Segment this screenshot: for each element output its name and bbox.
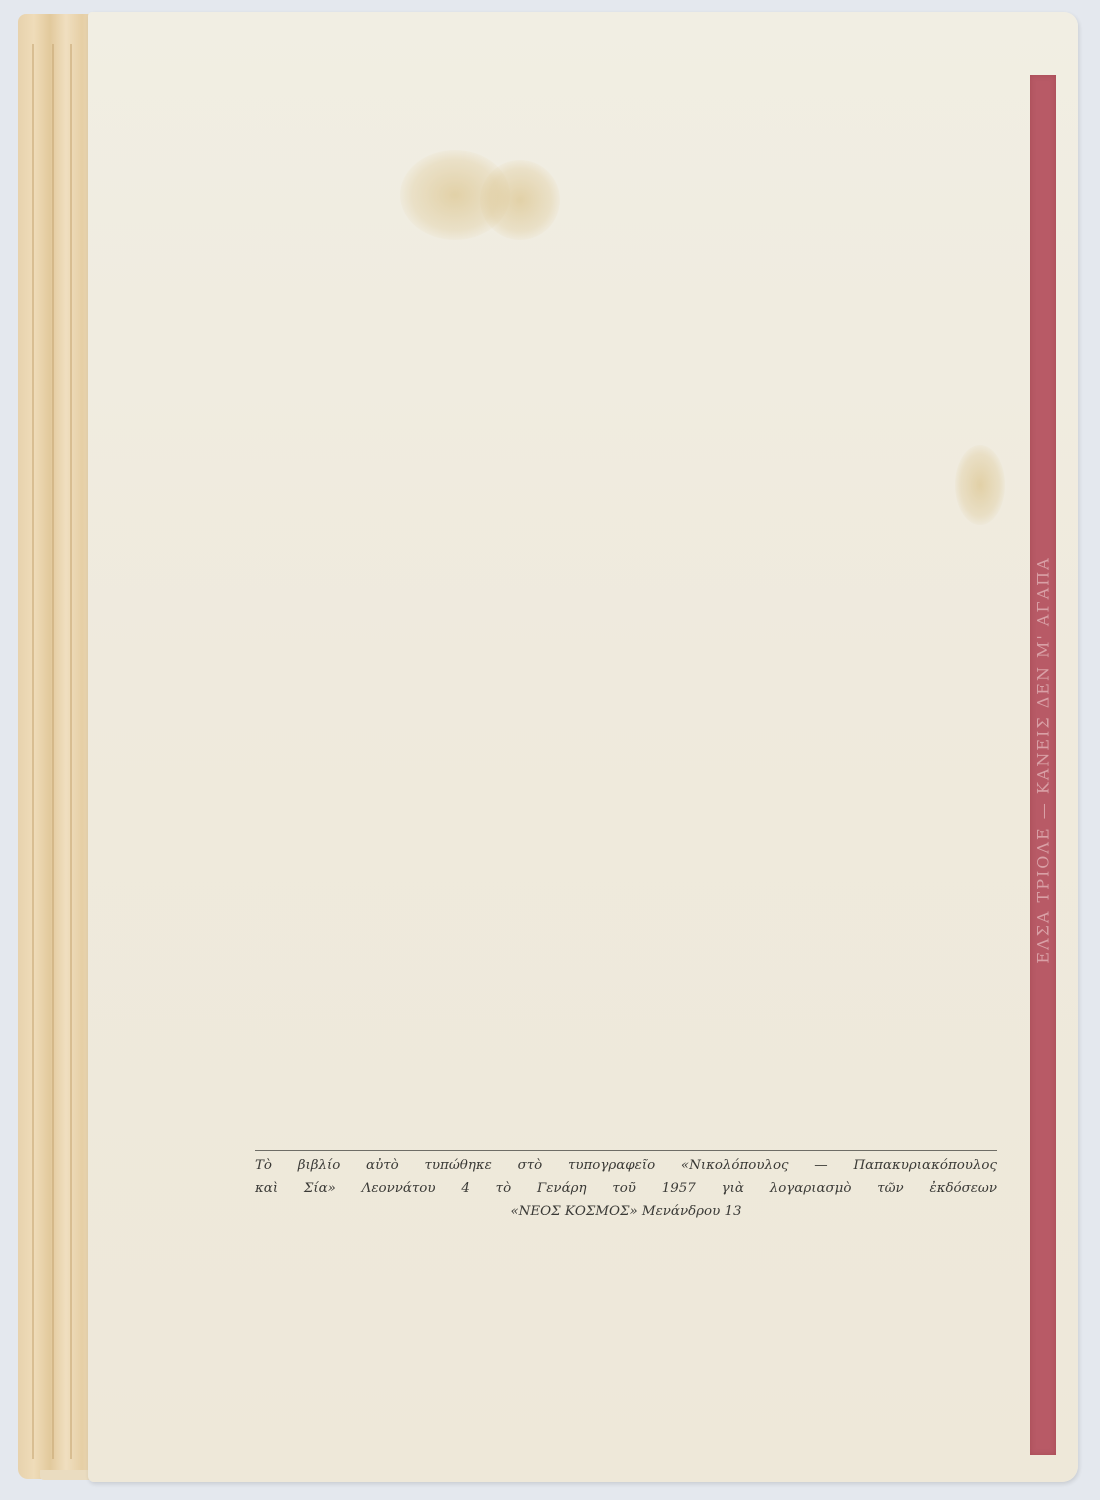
colophon-rule xyxy=(255,1150,997,1151)
colophon-line-1: Τὸ βιβλίο αὐτὸ τυπώθηκε στὸ τυπογραφεῖο … xyxy=(255,1154,997,1177)
foxing-stain xyxy=(955,445,1005,525)
foxing-stain xyxy=(480,160,560,240)
page-edges-stack xyxy=(18,14,98,1479)
page-edge xyxy=(32,44,34,1459)
colophon-line-3: «ΝΕΟΣ ΚΟΣΜΟΣ» Μενάνδρου 13 xyxy=(255,1200,997,1223)
page-edge xyxy=(52,44,54,1459)
spine-title: ΕΛΣΑ ΤΡΙΟΛΕ — ΚΑΝΕΙΣ ΔΕΝ Μ' ΑΓΑΠΑ xyxy=(1034,556,1053,963)
page-edge xyxy=(70,44,72,1459)
back-cover xyxy=(88,12,1078,1482)
colophon-line-2: καὶ Σία» Λεοννάτου 4 τὸ Γενάρη τοῦ 1957 … xyxy=(255,1177,997,1200)
colophon: Τὸ βιβλίο αὐτὸ τυπώθηκε στὸ τυπογραφεῖο … xyxy=(255,1150,997,1223)
